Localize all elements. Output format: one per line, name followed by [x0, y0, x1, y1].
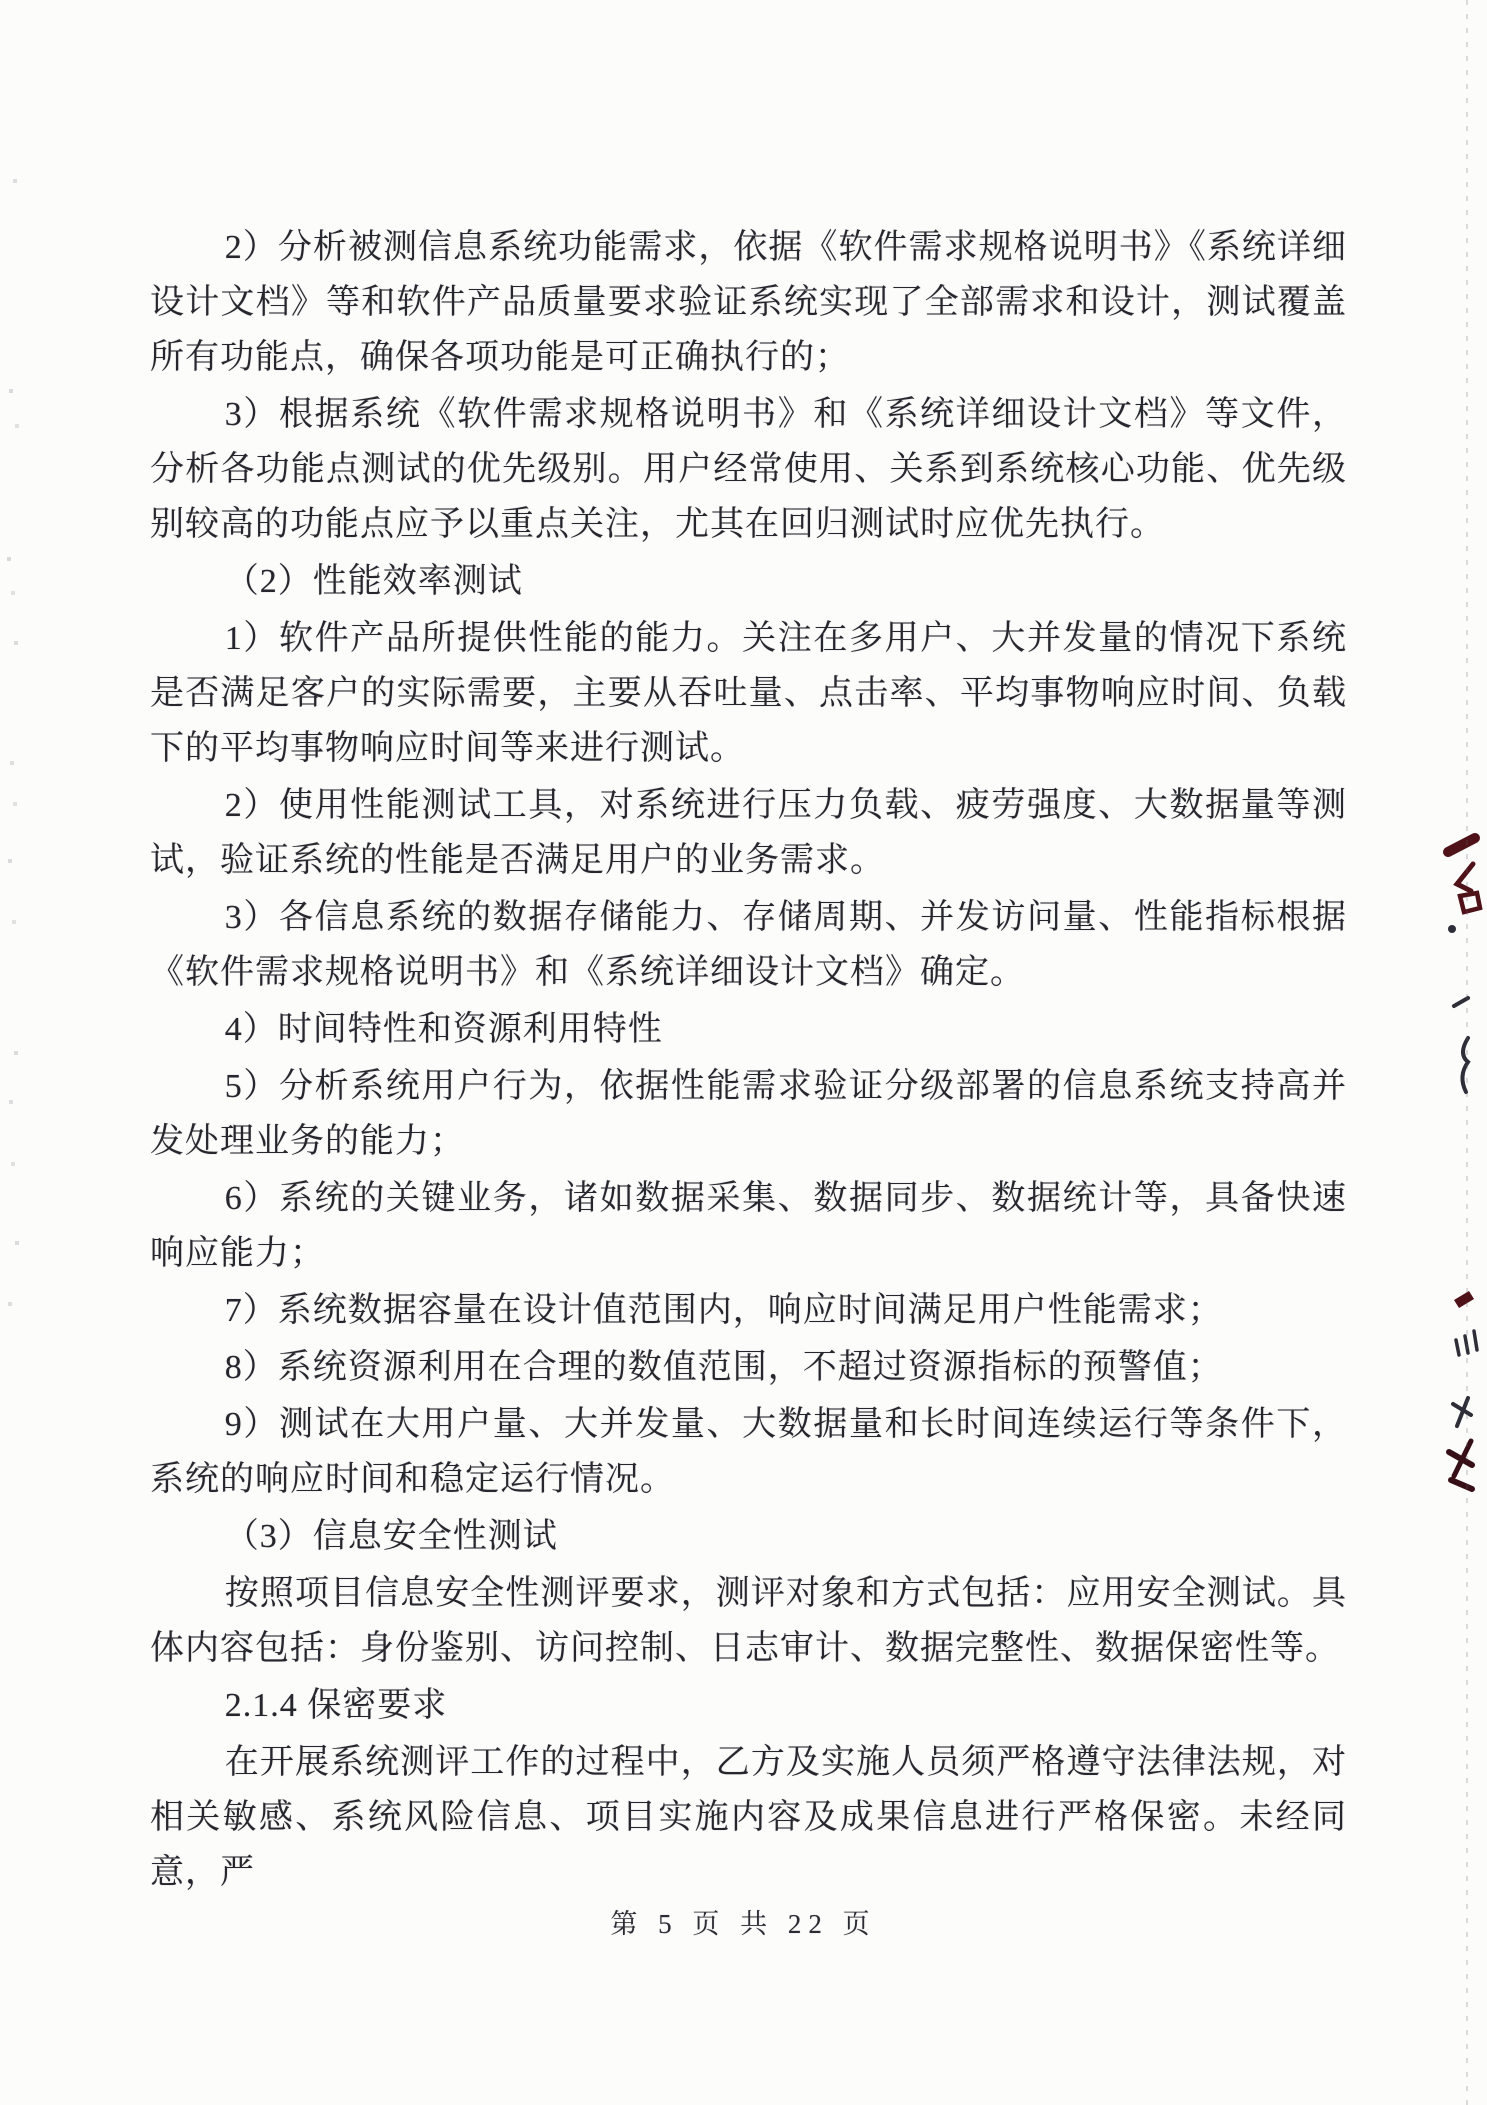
- body-paragraph: 3）各信息系统的数据存储能力、存储周期、并发访问量、性能指标根据《软件需求规格说…: [150, 890, 1347, 1000]
- red-ink-mark: [1454, 1291, 1474, 1308]
- body-paragraph: 4）时间特性和资源利用特性: [150, 1002, 1347, 1057]
- body-paragraph: 1）软件产品所提供性能的能力。关注在多用户、大并发量的情况下系统是否满足客户的实…: [150, 611, 1347, 776]
- document-body: 2）分析被测信息系统功能需求，依据《软件需求规格说明书》《系统详细设计文档》等和…: [150, 218, 1347, 1900]
- body-paragraph: 在开展系统测评工作的过程中，乙方及实施人员须严格遵守法律法规，对相关敏感、系统风…: [150, 1735, 1347, 1900]
- numbered-heading: 2.1.4 保密要求: [150, 1678, 1347, 1733]
- body-paragraph: 6）系统的关键业务，诸如数据采集、数据同步、数据统计等，具备快速响应能力；: [150, 1171, 1347, 1281]
- page-number-footer: 第 5 页 共 22 页: [0, 1902, 1487, 1941]
- page-edge-scan-line: [1466, 0, 1468, 2105]
- dark-ink-marks: [1453, 998, 1477, 1426]
- scan-noise-speckles: [0, 0, 2, 2]
- red-ink-mark: [1448, 838, 1480, 912]
- body-paragraph: 按照项目信息安全性测评要求，测评对象和方式包括：应用安全测试。具体内容包括：身份…: [150, 1566, 1347, 1676]
- section-heading: （2）性能效率测试: [150, 554, 1347, 609]
- body-paragraph: 8）系统资源利用在合理的数值范围，不超过资源指标的预警值；: [150, 1340, 1347, 1395]
- scanned-page: 2）分析被测信息系统功能需求，依据《软件需求规格说明书》《系统详细设计文档》等和…: [0, 0, 1487, 2105]
- section-heading: （3）信息安全性测试: [150, 1509, 1347, 1564]
- body-paragraph: 2）使用性能测试工具，对系统进行压力负载、疲劳强度、大数据量等测试，验证系统的性…: [150, 778, 1347, 888]
- red-ink-mark: [1449, 1441, 1472, 1489]
- body-paragraph: 3）根据系统《软件需求规格说明书》和《系统详细设计文档》等文件，分析各功能点测试…: [150, 387, 1347, 552]
- body-paragraph: 9）测试在大用户量、大并发量、大数据量和长时间连续运行等条件下，系统的响应时间和…: [150, 1397, 1347, 1507]
- body-paragraph: 2）分析被测信息系统功能需求，依据《软件需求规格说明书》《系统详细设计文档》等和…: [150, 220, 1347, 385]
- body-paragraph: 5）分析系统用户行为，依据性能需求验证分级部署的信息系统支持高并发处理业务的能力…: [150, 1059, 1347, 1169]
- ink-dot: [1448, 925, 1456, 933]
- body-paragraph: 7）系统数据容量在设计值范围内，响应时间满足用户性能需求；: [150, 1283, 1347, 1338]
